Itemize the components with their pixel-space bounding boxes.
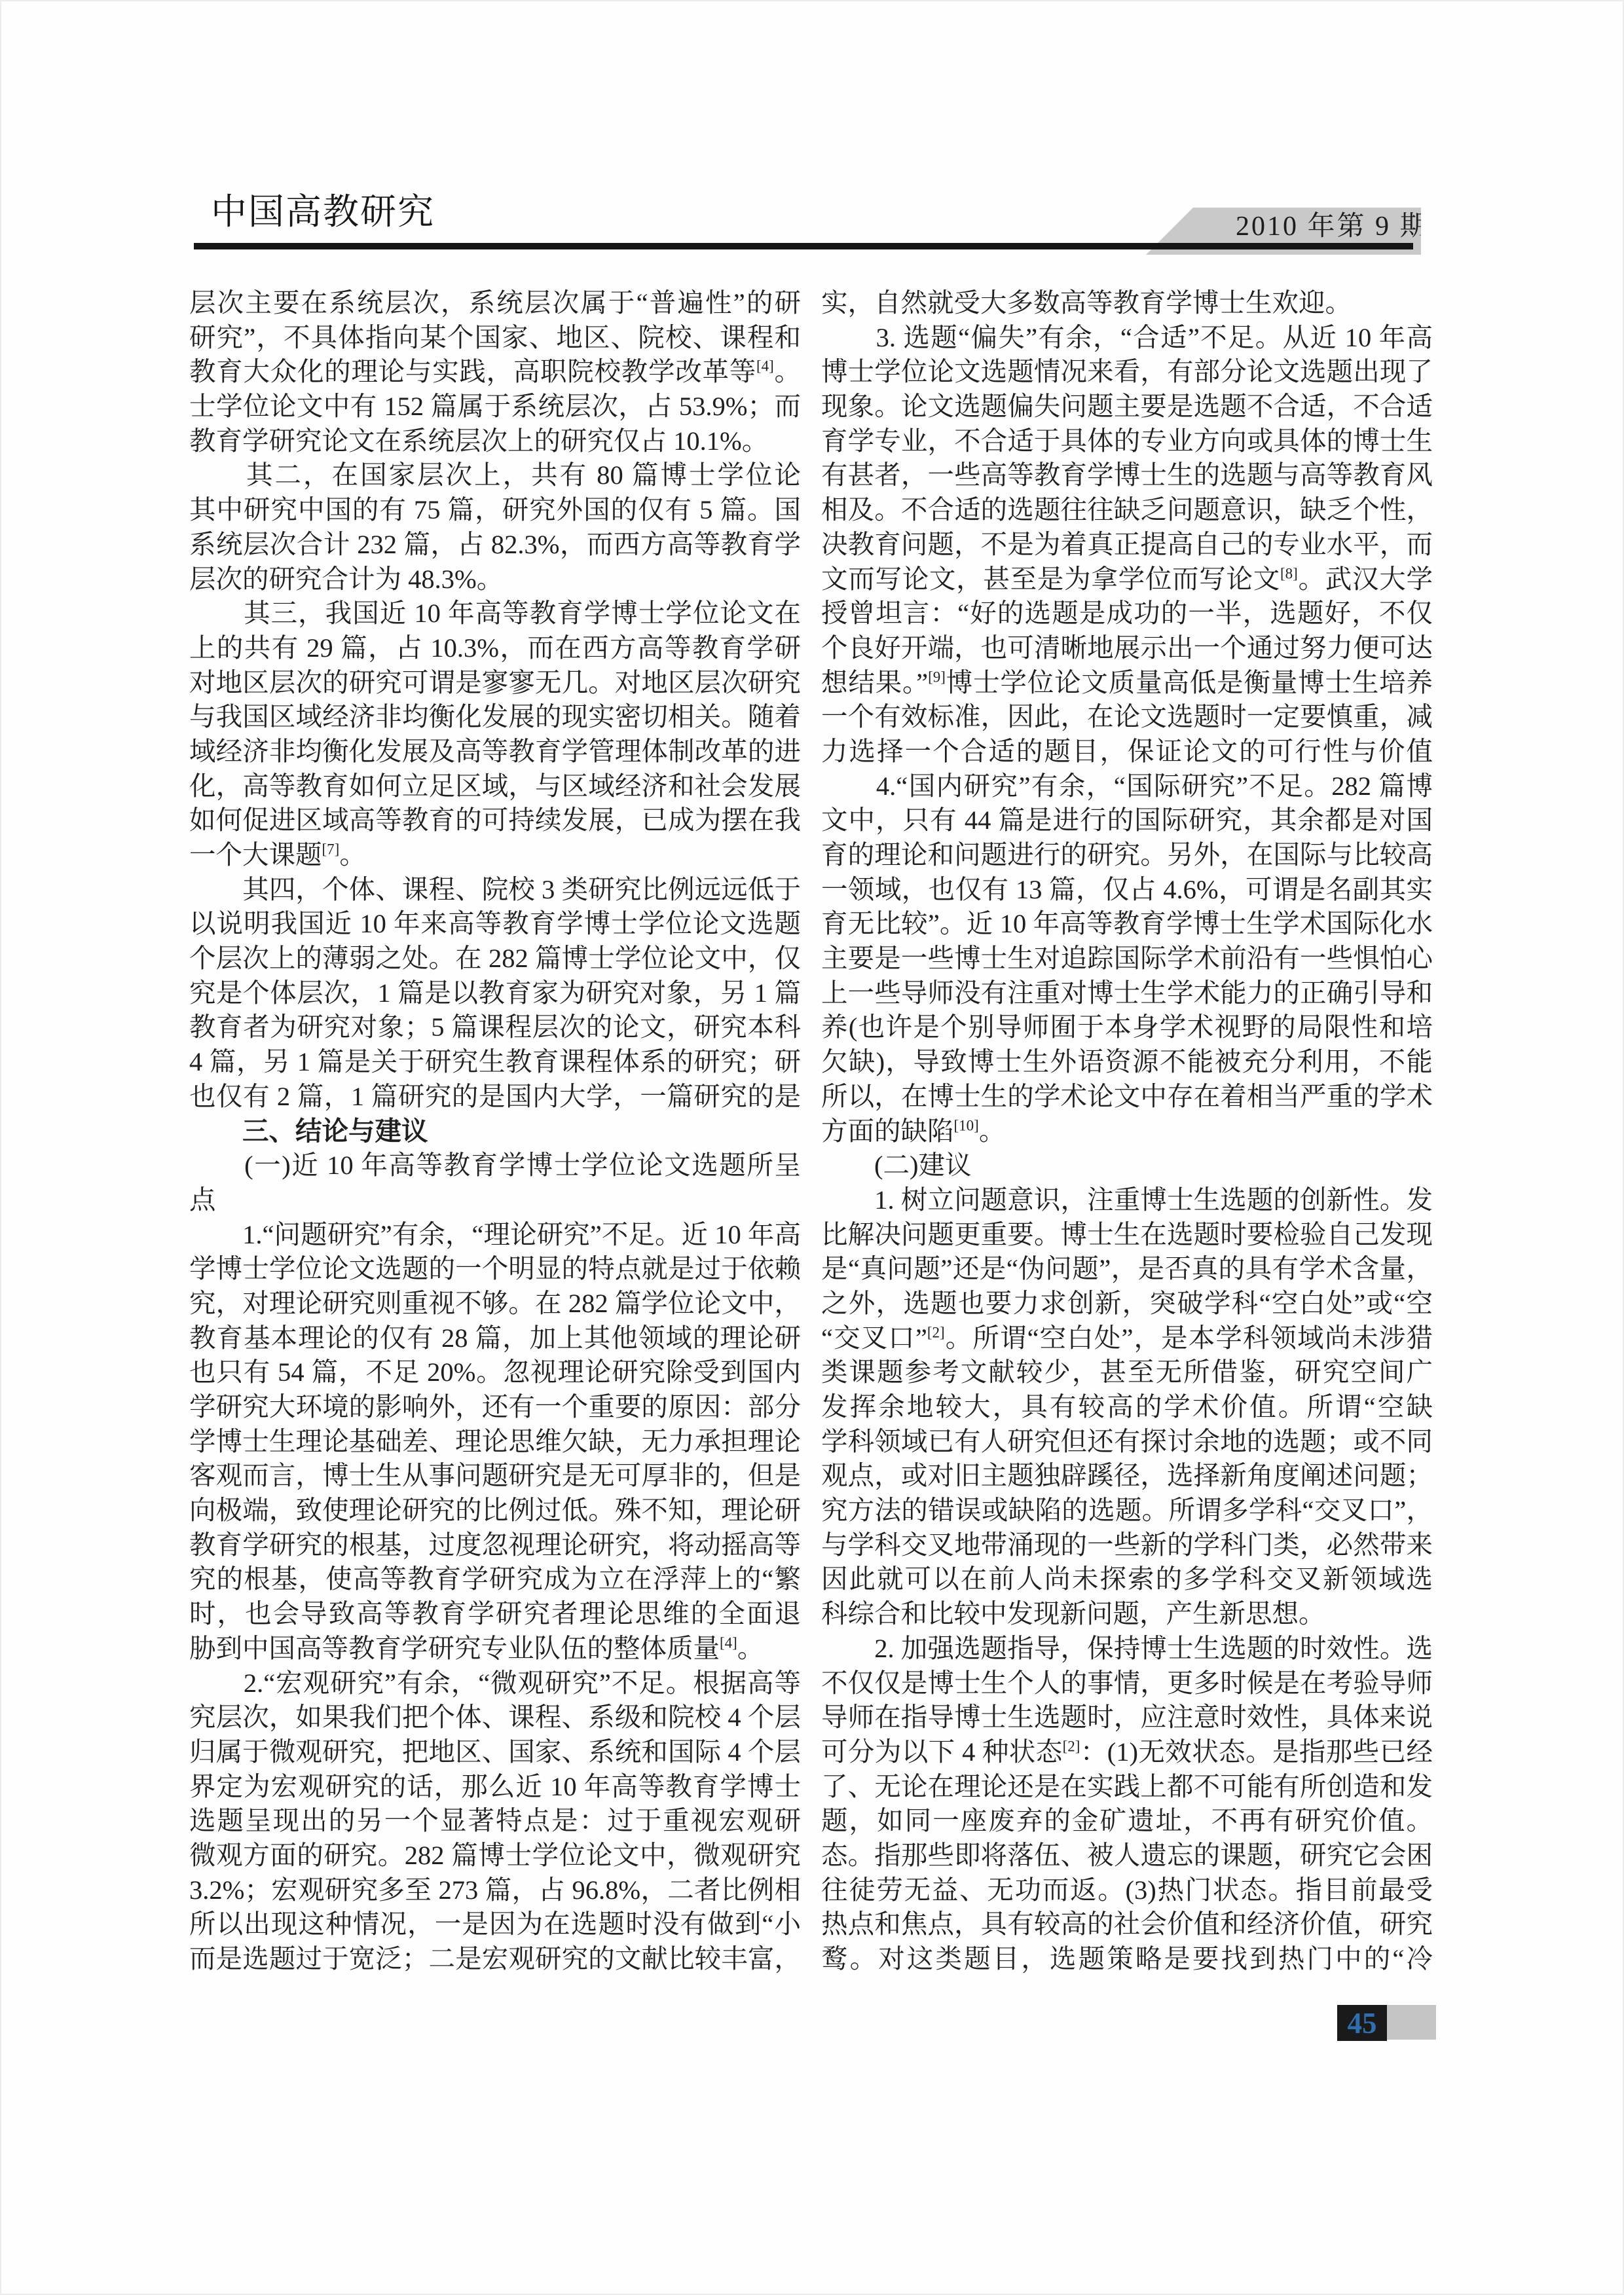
text-line: 是“真问题”还是“伪问题”，是否真的具有学术含量，等。除此 <box>821 1252 1433 1287</box>
text-line: 1.“问题研究”有余，“理论研究”不足。近 10 年高等教育 <box>189 1218 801 1253</box>
text-line: 往徒劳无益、无功而返。(3)热门状态。指目前最受关注的研究 <box>821 1873 1433 1908</box>
text-line: 2.“宏观研究”有余，“微观研究”不足。根据高等教育的研 <box>189 1666 801 1701</box>
text-line: 其中研究中国的有 75 篇，研究外国的仅有 5 篇。国家层次与 <box>189 493 801 528</box>
text-line: 如何促进区域高等教育的可持续发展，已成为摆在我们面前的 <box>189 803 801 838</box>
text-line: 层次的研究合计为 48.3%。 <box>189 562 801 597</box>
text-line: 与我国区域经济非均衡化发展的现实密切相关。随着我国区 <box>189 700 801 735</box>
text-line: 系统层次合计 232 篇，占 82.3%，而西方高等教育学在这两个 <box>189 528 801 562</box>
text-line: 导师在指导博士生选题时，应注意时效性，具体来说备选题目 <box>821 1700 1433 1735</box>
text-line: 客观而言，博士生从事问题研究是无可厚非的，但是绝不能走 <box>189 1459 801 1494</box>
text-line: 教育基本理论的仅有 28 篇，加上其他领域的理论研究，总共 <box>189 1321 801 1356</box>
text-line: 界定为宏观研究的话，那么近 10 年高等教育学博士学位论文 <box>189 1770 801 1805</box>
text-line: 其二，在国家层次上，共有 80 篇博士学位论文，占 28.4%， <box>189 458 801 493</box>
text-line: 学博士学位论文选题的一个明显的特点就是过于依赖问题研 <box>189 1252 801 1287</box>
text-line: 文而写论文，甚至是为拿学位而写论文[8]。武汉大学尚永亮教 <box>821 562 1433 597</box>
text-line: 点 <box>189 1183 801 1218</box>
text-line: 3.2%；宏观研究多至 273 篇，占 96.8%，二者比例相差悬殊。之 <box>189 1873 801 1908</box>
text-line: “交叉口”[2]。所谓“空白处”，是本学科领域尚未涉猎的课题，这 <box>821 1321 1433 1356</box>
text-line: 士学位论文中有 152 篇属于系统层次，占 53.9%；而西方高等 <box>189 390 801 424</box>
text-line: 养(也许是个别导师囿于本身学术视野的局限性和培养方法的 <box>821 1010 1433 1045</box>
text-line: 也只有 54 篇，不足 20%。忽视理论研究除受到国内高等教育 <box>189 1355 801 1390</box>
text-line: 方面的缺陷[10]。 <box>821 1114 1433 1149</box>
text-line: 相及。不合适的选题往往缺乏问题意识，缺乏个性，不是为解 <box>821 493 1433 528</box>
text-line: 热点和焦点，具有较高的社会价值和经济价值，研究者趋之若 <box>821 1907 1433 1942</box>
text-line: 了、无论在理论还是在实践上都不可能有所创造和发现的课 <box>821 1770 1433 1805</box>
text-line: 4.“国内研究”有余，“国际研究”不足。282 篇博士学位论 <box>821 769 1433 804</box>
text-line: 向极端，致使理论研究的比例过低。殊不知，理论研究是高等 <box>189 1494 801 1528</box>
citation-ref: [8] <box>1280 565 1298 581</box>
text-line: 选题呈现出的另一个显著特点是：过于重视宏观研究，而轻视 <box>189 1804 801 1839</box>
text-line: 一个大课题[7]。 <box>189 838 801 873</box>
text-line: 教育者为研究对象；5 篇课程层次的论文，研究本科教学的有 <box>189 1010 801 1045</box>
text-line: 文中，只有 44 篇是进行的国际研究，其余都是对国内高等教 <box>821 803 1433 838</box>
text-line: 一个有效标准，因此，在论文选题时一定要慎重，减少偏失，努 <box>821 700 1433 735</box>
text-line: 学科领域已有人研究但还有探讨余地的选题；或不同意既往 <box>821 1425 1433 1460</box>
text-line: 时，也会导致高等教育学研究者理论思维的全面退化，进而威 <box>189 1597 801 1632</box>
text-line: 因此就可以在前人尚未探索的多学科交叉新领域选题，在学 <box>821 1562 1433 1597</box>
citation-ref: [4] <box>756 358 774 375</box>
text-line: 发挥余地较大，具有较高的学术价值。所谓“空缺处”，是在本 <box>821 1390 1433 1425</box>
text-line: 类课题参考文献较少，甚至无所借鉴，研究空间广阔，创造性 <box>821 1355 1433 1390</box>
text-line: 所以出现这种情况，一是因为在选题时没有做到“小题大做”， <box>189 1907 801 1942</box>
text-line: 究的根基，使高等教育学研究成为立在浮萍上的“繁荣”。同 <box>189 1562 801 1597</box>
text-line: 微观方面的研究。282 篇博士学位论文中，微观研究共 9 篇，占 <box>189 1839 801 1873</box>
text-line: 实，自然就受大多数高等教育学博士生欢迎。 <box>821 286 1433 321</box>
text-line: 域经济非均衡化发展及高等教育学管理体制改革的进一步深 <box>189 735 801 769</box>
text-line: 授曾坦言：“好的选题是成功的一半，选题好，不仅使研究有一 <box>821 597 1433 631</box>
text-line: 1. 树立问题意识，注重博士生选题的创新性。发现问题远 <box>821 1183 1433 1218</box>
text-line: 现象。论文选题偏失问题主要是选题不合适，不合适于高等教 <box>821 390 1433 424</box>
text-line: (二)建议 <box>821 1148 1433 1183</box>
text-line: 所以，在博士生的学术论文中存在着相当严重的学术国际化 <box>821 1080 1433 1114</box>
text-line: 育无比较”。近 10 年高等教育学博士生学术国际化水平不高， <box>821 907 1433 942</box>
text-line: 态。指那些即将落伍、被人遗忘的课题，研究它会困难重重，往 <box>821 1839 1433 1873</box>
text-line: 三、结论与建议 <box>189 1114 801 1149</box>
text-line: 与学科交叉地带涌现的一些新的学科门类，必然带来新问题， <box>821 1528 1433 1563</box>
footer-accent-bar <box>1387 2005 1436 2040</box>
citation-ref: [2] <box>1063 1738 1080 1754</box>
text-line: 3. 选题“偏失”有余，“合适”不足。从近 10 年高等教育学 <box>821 321 1433 356</box>
text-line: 其四，个体、课程、院校 3 类研究比例远远低于西方，这足 <box>189 873 801 908</box>
text-line: 题，如同一座废弃的金矿遗址，不再有研究价值。(2)潮尾状 <box>821 1804 1433 1839</box>
text-line: 究层次，如果我们把个体、课程、系级和院校 4 个层次的研究 <box>189 1700 801 1735</box>
text-line: 观点，或对旧主题独辟蹊径，选择新角度阐述问题；或纠正研 <box>821 1459 1433 1494</box>
citation-ref: [9] <box>928 669 946 685</box>
text-line: 科综合和比较中发现新问题，产生新思想。 <box>821 1597 1433 1632</box>
text-column-left: 层次主要在系统层次，系统层次属于“普遍性”的研究，是“泛研究”，不具体指向某个国… <box>189 286 801 1977</box>
text-line: 研究”，不具体指向某个国家、地区、院校、课程和个体，如高等 <box>189 321 801 356</box>
text-line: 究，对理论研究则重视不够。在 282 篇学位论文中，研究高等 <box>189 1287 801 1321</box>
text-line: 欠缺)，导致博士生外语资源不能被充分利用，不能学以致用， <box>821 1045 1433 1080</box>
footer-page-number: 45 <box>1337 2005 1387 2041</box>
text-line: 个层次上的薄弱之处。在 282 篇博士学位论文中，仅有 2 篇研 <box>189 942 801 976</box>
text-line: 之外，选题也要力求创新，突破学科“空白处”或“空缺处”及 <box>821 1287 1433 1321</box>
text-line: 学博士生理论基础差、理论思维欠缺，无力承担理论性课题。 <box>189 1425 801 1460</box>
text-line: 可分为以下 4 种状态[2]：(1)无效状态。是指那些已经被研究透 <box>821 1735 1433 1770</box>
text-line: 有甚者，一些高等教育学博士生的选题与高等教育风马牛不 <box>821 458 1433 493</box>
text-line: 4 篇，另 1 篇是关于研究生教育课程体系的研究；研究院校的 <box>189 1045 801 1080</box>
text-line: 上一些导师没有注重对博士生学术能力的正确引导和全面培 <box>821 976 1433 1011</box>
journal-page: 中国高教研究 2010 年第 9 期 层次主要在系统层次，系统层次属于“普遍性”… <box>0 0 1624 2295</box>
text-line: (一)近 10 年高等教育学博士学位论文选题所呈现的特 <box>189 1148 801 1183</box>
text-line: 其三，我国近 10 年高等教育学博士学位论文在地区层次 <box>189 597 801 631</box>
text-line: 对地区层次的研究可谓是寥寥无几。对地区层次研究的关注 <box>189 666 801 701</box>
citation-ref: [10] <box>954 1117 979 1133</box>
text-line: 想结果。”[9]博士学位论文质量高低是衡量博士生培养质量的 <box>821 666 1433 701</box>
text-line: 胁到中国高等教育学研究专业队伍的整体质量[4]。 <box>189 1632 801 1666</box>
text-line: 也仅有 2 篇，1 篇研究的是国内大学，一篇研究的是国外大学。 <box>189 1080 801 1114</box>
text-column-right: 实，自然就受大多数高等教育学博士生欢迎。 3. 选题“偏失”有余，“合适”不足。… <box>821 286 1433 1977</box>
text-line: 一领域，也仅有 13 篇，仅占 4.6%，可谓是名副其实的“比较教 <box>821 873 1433 908</box>
issue-label: 2010 年第 9 期 <box>1236 213 1421 240</box>
citation-ref: [4] <box>720 1634 737 1651</box>
text-line: 鹜。对这类题目，选题策略是要找到热门中的“冷点”进行攻关 <box>821 1942 1433 1977</box>
text-line: 学研究大环境的影响外，还有一个重要的原因：部分高等教育 <box>189 1390 801 1425</box>
text-line: 不仅仅是博士生个人的事情，更多时候是在考验导师的水平。 <box>821 1666 1433 1701</box>
citation-ref: [7] <box>322 841 340 858</box>
citation-ref: [2] <box>927 1324 945 1340</box>
text-line: 2. 加强选题指导，保持博士生选题的时效性。选题的过程 <box>821 1632 1433 1666</box>
text-line: 育的理论和问题进行的研究。另外，在国际与比较高等教育这 <box>821 838 1433 873</box>
text-line: 决教育问题，不是为着真正提高自己的专业水平，而是为写论 <box>821 528 1433 562</box>
text-line: 而是选题过于宽泛；二是宏观研究的文献比较丰富，资料翔 <box>189 1942 801 1977</box>
text-line: 力选择一个合适的题目，保证论文的可行性与价值性。 <box>821 735 1433 769</box>
text-line: 教育学研究的根基，过度忽视理论研究，将动摇高等教育学研 <box>189 1528 801 1563</box>
text-line: 究方法的错误或缺陷的选题。所谓多学科“交叉口”，即在学科 <box>821 1494 1433 1528</box>
text-line: 化，高等教育如何立足区域，与区域经济和社会发展形成互动； <box>189 769 801 804</box>
text-line: 教育学研究论文在系统层次上的研究仅占 10.1%。 <box>189 424 801 459</box>
text-line: 究是个体层次，1 篇是以教育家为研究对象，另 1 篇是以普通 <box>189 976 801 1011</box>
text-line: 比解决问题更重要。博士生在选题时要检验自己发现的问题 <box>821 1218 1433 1253</box>
journal-title: 中国高教研究 <box>211 192 435 232</box>
text-line: 博士学位论文选题情况来看，有部分论文选题出现了偏失的 <box>821 355 1433 390</box>
text-line: 归属于微观研究，把地区、国家、系统和国际 4 个层次的研究 <box>189 1735 801 1770</box>
text-line: 主要是一些博士生对追踪国际学术前沿有一些惧怕心理，加 <box>821 942 1433 976</box>
text-line: 教育大众化的理论与实践，高职院校教学改革等[4]。282 篇博 <box>189 355 801 390</box>
text-line: 上的共有 29 篇，占 10.3%，而在西方高等教育学研究论文中， <box>189 631 801 666</box>
text-line: 以说明我国近 10 年来高等教育学博士学位论文选题在这 3 <box>189 907 801 942</box>
header-divider-rule <box>194 243 1413 249</box>
text-line: 育学专业，不合适于具体的专业方向或具体的博士生本人。更 <box>821 424 1433 459</box>
text-line: 个良好开端，也可清晰地展示出一个通过努力便可达到的理 <box>821 631 1433 666</box>
text-line: 层次主要在系统层次，系统层次属于“普遍性”的研究，是“泛 <box>189 286 801 321</box>
